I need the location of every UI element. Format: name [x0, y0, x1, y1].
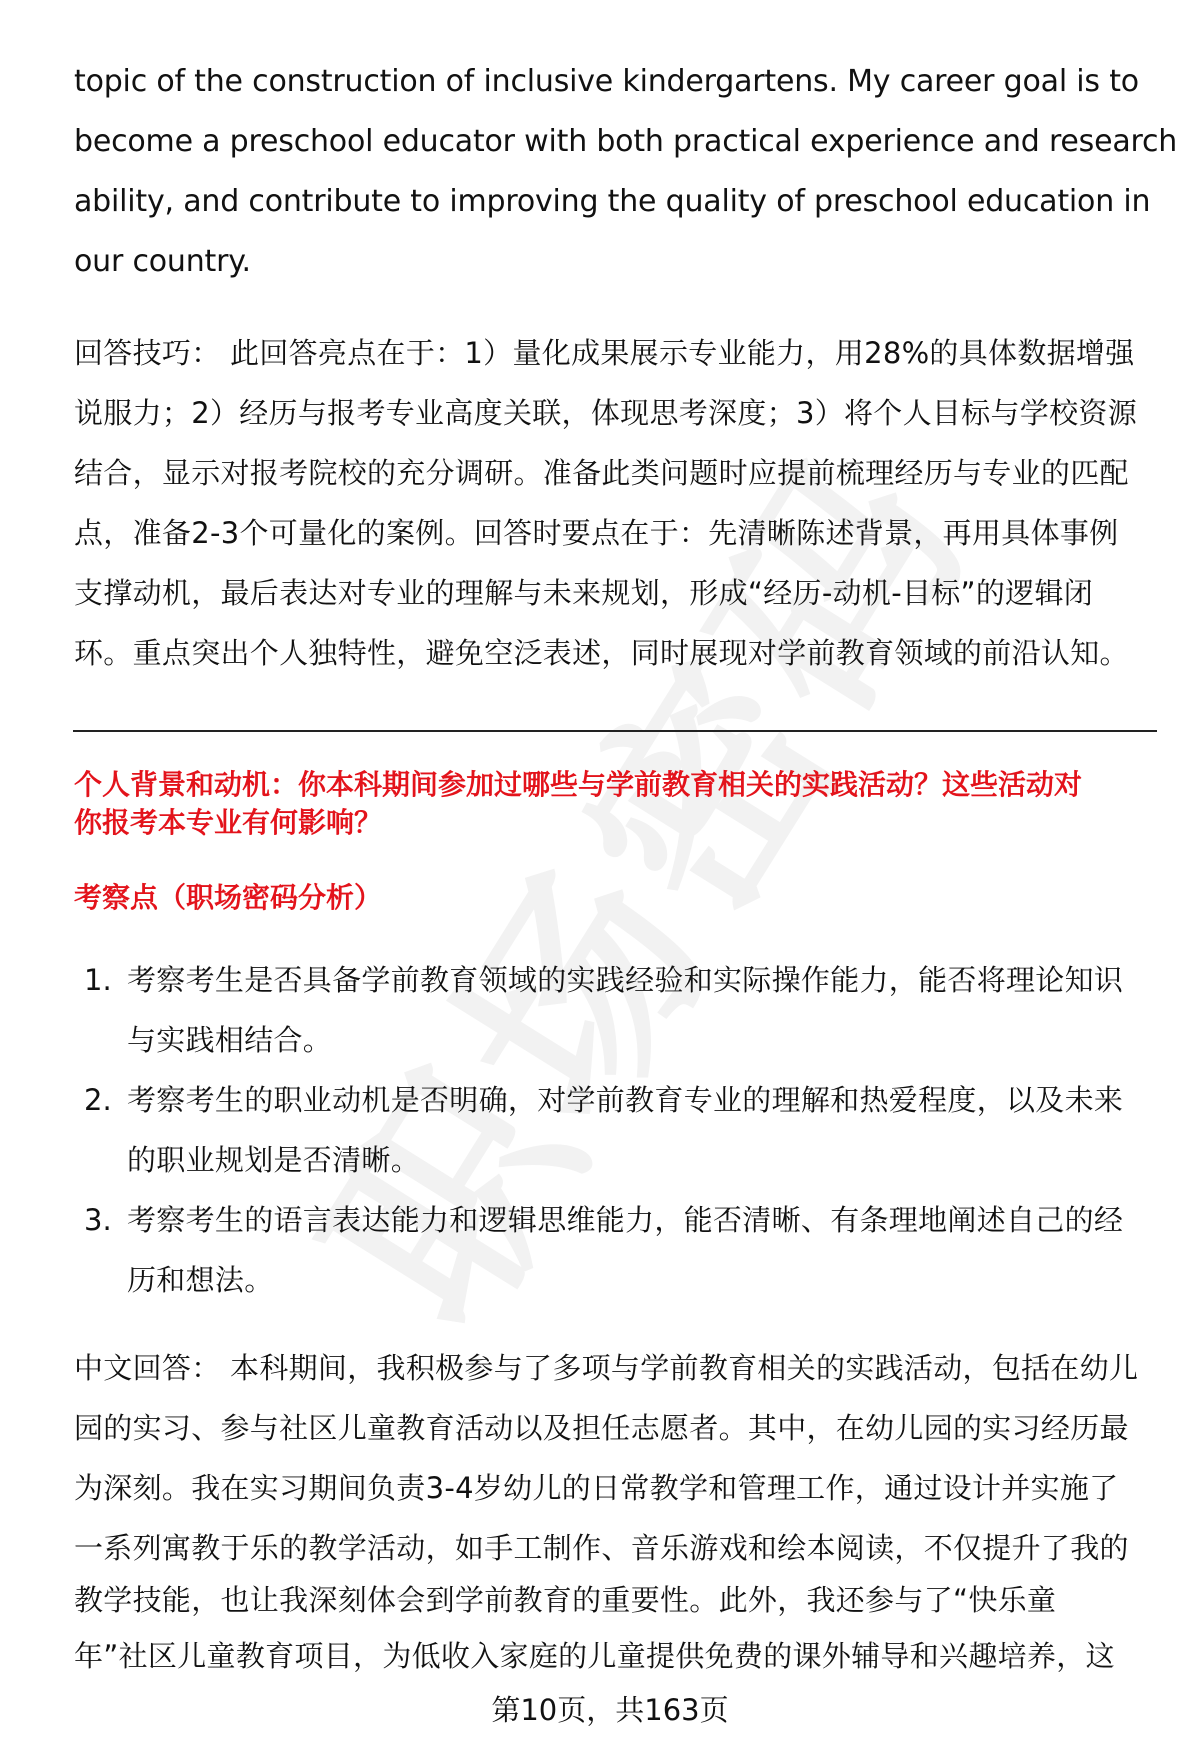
list-number: 1. — [84, 960, 112, 1000]
answer-tips-line: 回答技巧： 此回答亮点在于：1）量化成果展示专业能力，用28%的具体数据增强 — [74, 333, 1135, 373]
list-item-line: 历和想法。 — [127, 1260, 274, 1300]
chinese-answer-line: 年”社区儿童教育项目，为低收入家庭的儿童提供免费的课外辅导和兴趣培养，这 — [74, 1636, 1115, 1676]
answer-tips-line: 结合，显示对报考院校的充分调研。准备此类问题时应提前梳理经历与专业的匹配 — [74, 453, 1129, 493]
page-number: 第10页，共163页 — [0, 1690, 1200, 1730]
list-number: 3. — [84, 1200, 112, 1240]
analysis-heading: 考察点（职场密码分析） — [74, 878, 382, 918]
question-line: 个人背景和动机：你本科期间参加过哪些与学前教育相关的实践活动？这些活动对 — [74, 765, 1082, 805]
english-line: become a preschool educator with both pr… — [74, 122, 1177, 162]
chinese-answer-line: 园的实习、参与社区儿童教育活动以及担任志愿者。其中，在幼儿园的实习经历最 — [74, 1408, 1129, 1448]
list-number: 2. — [84, 1080, 112, 1120]
english-line: topic of the construction of inclusive k… — [74, 62, 1139, 102]
list-item-line: 考察考生是否具备学前教育领域的实践经验和实际操作能力，能否将理论知识 — [127, 960, 1123, 1000]
answer-tips-line: 点，准备2-3个可量化的案例。回答时要点在于：先清晰陈述背景，再用具体事例 — [74, 513, 1118, 553]
list-item-line: 的职业规划是否清晰。 — [127, 1140, 420, 1180]
english-line: our country. — [74, 242, 251, 282]
english-line: ability, and contribute to improving the… — [74, 182, 1150, 222]
document-page: topic of the construction of inclusive k… — [0, 0, 1200, 1755]
answer-tips-line: 说服力；2）经历与报考专业高度关联，体现思考深度；3）将个人目标与学校资源 — [74, 393, 1137, 433]
chinese-answer-line: 一系列寓教于乐的教学活动，如手工制作、音乐游戏和绘本阅读，不仅提升了我的 — [74, 1528, 1129, 1568]
section-divider — [73, 730, 1157, 732]
question-line: 你报考本专业有何影响？ — [74, 803, 382, 843]
list-item-line: 考察考生的语言表达能力和逻辑思维能力，能否清晰、有条理地阐述自己的经 — [127, 1200, 1123, 1240]
chinese-answer-line: 教学技能，也让我深刻体会到学前教育的重要性。此外，我还参与了“快乐童 — [74, 1580, 1056, 1620]
answer-tips-line: 支撑动机，最后表达对专业的理解与未来规划，形成“经历-动机-目标”的逻辑闭 — [74, 573, 1093, 613]
chinese-answer-line: 中文回答： 本科期间，我积极参与了多项与学前教育相关的实践活动，包括在幼儿 — [74, 1348, 1138, 1388]
list-item-line: 考察考生的职业动机是否明确，对学前教育专业的理解和热爱程度，以及未来 — [127, 1080, 1123, 1120]
chinese-answer-line: 为深刻。我在实习期间负责3-4岁幼儿的日常教学和管理工作，通过设计并实施了 — [74, 1468, 1118, 1508]
answer-tips-line: 环。重点突出个人独特性，避免空泛表述，同时展现对学前教育领域的前沿认知。 — [74, 633, 1129, 673]
list-item-line: 与实践相结合。 — [127, 1020, 332, 1060]
